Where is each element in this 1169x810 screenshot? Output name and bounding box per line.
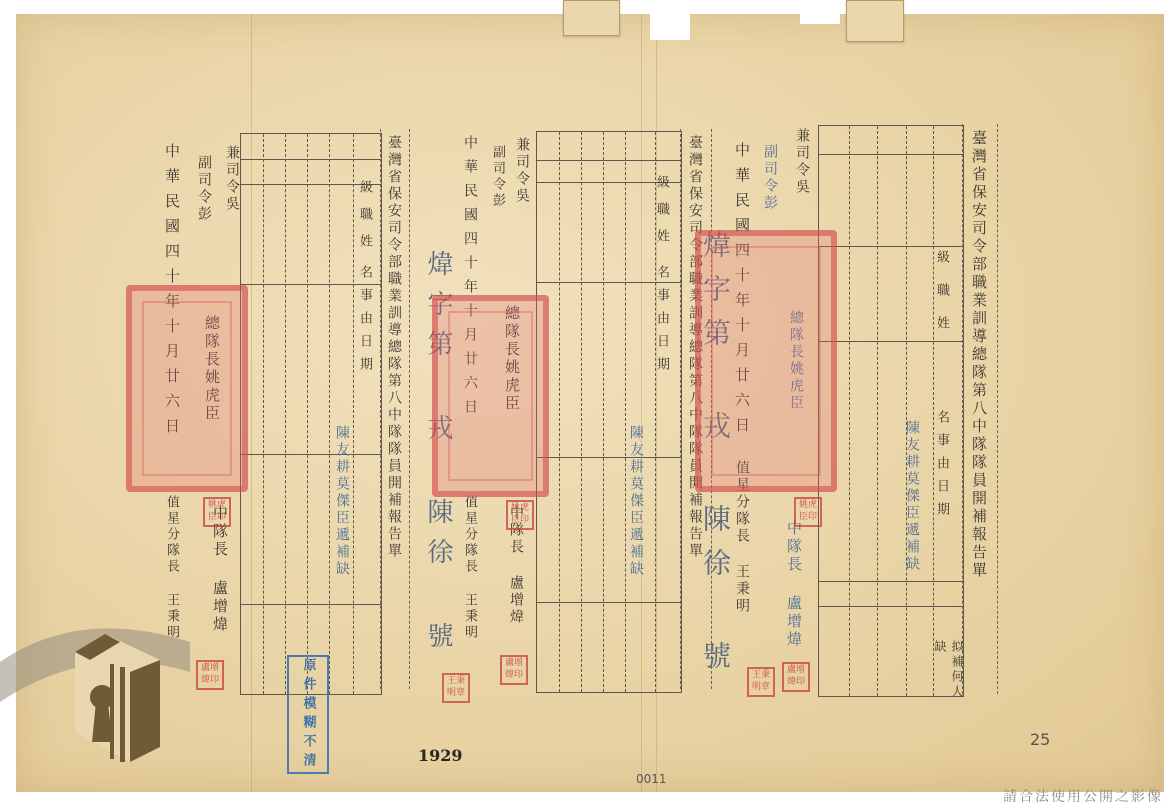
- archive-number: 0011: [636, 772, 667, 786]
- small-seal: 盧增煒印: [782, 662, 810, 692]
- entry-name: 陳友耕莫傑臣遞補缺: [902, 420, 922, 573]
- entry-name: 陳友耕莫傑臣遞補缺: [332, 425, 352, 578]
- form-title: 臺灣省保安司令部職業訓導總隊第八中隊隊員開補報告單: [969, 130, 990, 580]
- serial-number: 1929: [418, 746, 463, 765]
- header-reason-date: 名事由日期: [652, 265, 671, 380]
- form-title-column: 臺灣省保安司令部職業訓導總隊第八中隊隊員開補報告單: [380, 129, 410, 689]
- paper-tab: [563, 0, 620, 36]
- red-seal: [695, 230, 837, 492]
- signature-commander: 兼司令吳: [792, 128, 812, 196]
- small-seal: 姚虎臣印: [794, 497, 822, 527]
- entry-name: 陳友耕莫傑臣遞補缺: [626, 425, 646, 578]
- red-seal: [432, 295, 549, 497]
- archive-logo-icon: [0, 612, 190, 772]
- header-columns: 級職姓: [355, 180, 374, 261]
- header-columns: 級職姓: [652, 175, 671, 256]
- page-number: 25: [1030, 730, 1050, 749]
- signature-vice: 副司令彭: [488, 145, 507, 209]
- form-title: 臺灣省保安司令部職業訓導總隊第八中隊隊員開補報告單: [384, 135, 404, 560]
- torn-edge: [800, 0, 840, 24]
- signature-commander: 兼司令吳: [222, 145, 242, 213]
- red-seal: [126, 285, 248, 492]
- small-seal: 王秉明章: [747, 667, 775, 697]
- signature-commander: 兼司令吳: [512, 137, 532, 205]
- header-reason-date: 名事由日期: [355, 265, 374, 380]
- small-seal: 盧增煒印: [500, 655, 528, 685]
- watermark: 請合法使用公開之影像: [1003, 786, 1163, 806]
- form-title-column: 臺灣省保安司令部職業訓導總隊第八中隊隊員開補報告單: [962, 124, 998, 694]
- small-seal: 王秉明章: [442, 673, 470, 703]
- illegible-stamp: 原件模糊不清: [287, 655, 329, 774]
- torn-edge: [650, 0, 690, 40]
- paper-tab: [846, 0, 904, 42]
- small-seal: 姚虎臣印: [203, 497, 231, 527]
- header-reason-date: 名事由日期: [932, 410, 951, 525]
- signature-vice: 副司令彭: [760, 144, 780, 212]
- small-seal: 姚虎臣印: [506, 500, 534, 530]
- duty-officer: 值星分隊長 王秉明: [460, 495, 479, 641]
- company-commander: 中隊長 盧增煒: [784, 520, 805, 649]
- small-seal: 盧增煒印: [196, 660, 224, 690]
- signature-vice: 副司令彭: [194, 155, 214, 223]
- header-replace: 拟補何人缺: [932, 640, 966, 700]
- header-columns: 級職姓: [932, 250, 951, 349]
